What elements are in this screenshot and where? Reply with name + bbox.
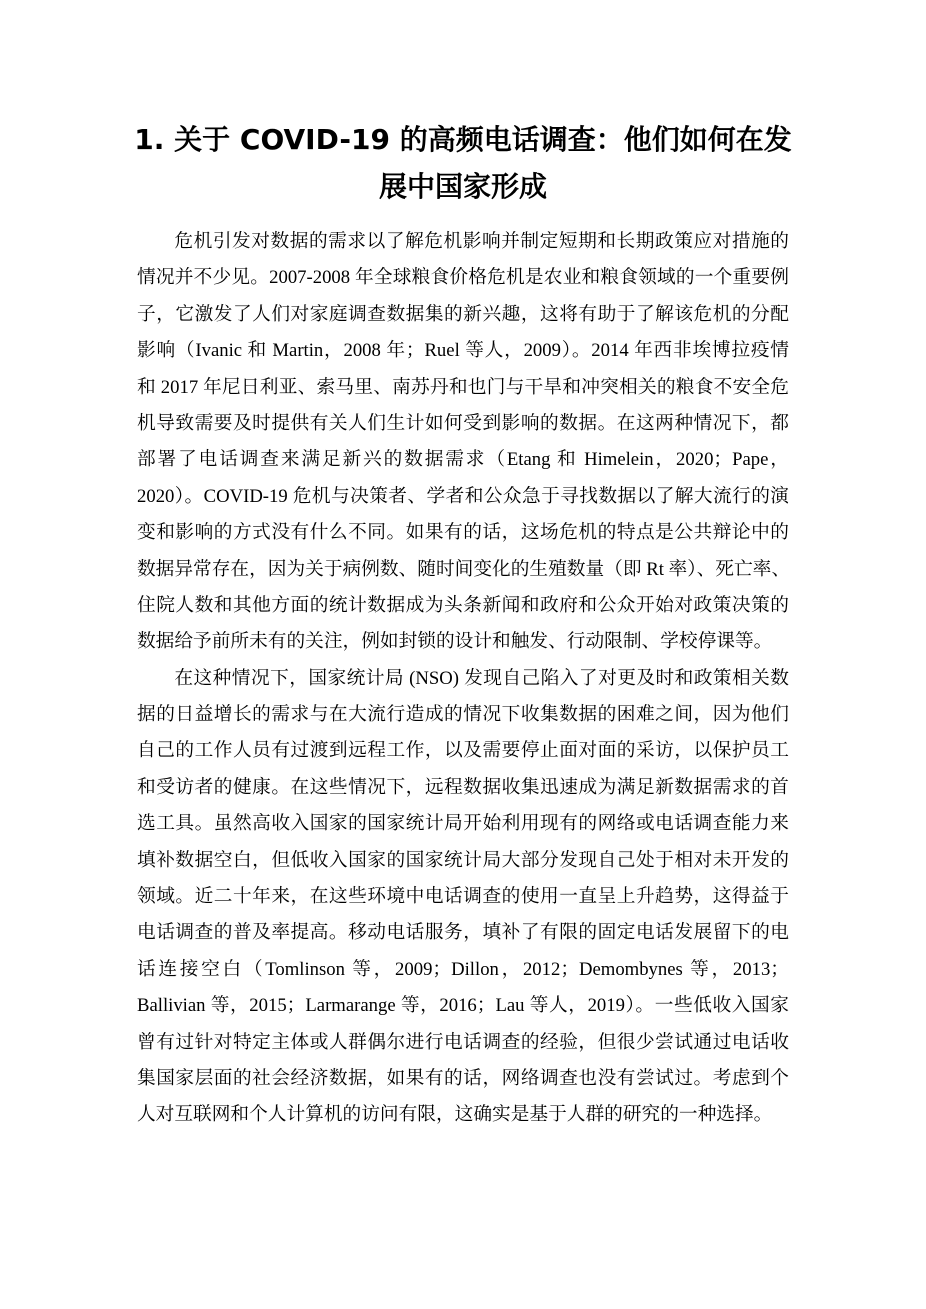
text-line: Ballivian 等，2015；Larmarange 等，2016；Lau 等… bbox=[137, 988, 789, 1024]
text-line: 住院人数和其他方面的统计数据成为头条新闻和政府和公众开始对政策决策的 bbox=[137, 588, 789, 624]
text-line: 自己的工作人员有过渡到远程工作，以及需要停止面对面的采访，以保护员工 bbox=[137, 733, 789, 769]
text-line: 数据给予前所未有的关注，例如封锁的设计和触发、行动限制、学校停课等。 bbox=[137, 624, 789, 660]
text-line: 2020）。COVID-19 危机与决策者、学者和公众急于寻找数据以了解大流行的… bbox=[137, 479, 789, 515]
title-line-1: 1. 关于 COVID-19 的高频电话调查：他们如何在发 bbox=[0, 116, 926, 163]
paragraph: 危机引发对数据的需求以了解危机影响并制定短期和长期政策应对措施的情况并不少见。2… bbox=[137, 224, 789, 661]
text-line: 领域。近二十年来，在这些环境中电话调查的使用一直呈上升趋势，这得益于 bbox=[137, 879, 789, 915]
text-line: 情况并不少见。2007-2008 年全球粮食价格危机是农业和粮食领域的一个重要例 bbox=[137, 260, 789, 296]
text-line: 和 2017 年尼日利亚、索马里、南苏丹和也门与干旱和冲突相关的粮食不安全危 bbox=[137, 370, 789, 406]
text-line: 在这种情况下，国家统计局 (NSO) 发现自己陷入了对更及时和政策相关数 bbox=[137, 661, 789, 697]
text-line: 部署了电话调查来满足新兴的数据需求（Etang 和 Himelein，2020；… bbox=[137, 442, 789, 478]
text-line: 数据异常存在，因为关于病例数、随时间变化的生殖数量（即 Rt 率）、死亡率、 bbox=[137, 552, 789, 588]
title-line-2: 展中国家形成 bbox=[0, 163, 926, 210]
document-body: 危机引发对数据的需求以了解危机影响并制定短期和长期政策应对措施的情况并不少见。2… bbox=[137, 224, 789, 1134]
text-line: 机导致需要及时提供有关人们生计如何受到影响的数据。在这两种情况下，都 bbox=[137, 406, 789, 442]
text-line: 影响（Ivanic 和 Martin，2008 年；Ruel 等人，2009）。… bbox=[137, 333, 789, 369]
text-line: 变和影响的方式没有什么不同。如果有的话，这场危机的特点是公共辩论中的 bbox=[137, 515, 789, 551]
text-line: 和受访者的健康。在这些情况下，远程数据收集迅速成为满足新数据需求的首 bbox=[137, 770, 789, 806]
text-line: 话连接空白（Tomlinson 等，2009；Dillon，2012；Demom… bbox=[137, 952, 789, 988]
paragraph: 在这种情况下，国家统计局 (NSO) 发现自己陷入了对更及时和政策相关数据的日益… bbox=[137, 661, 789, 1134]
text-line: 危机引发对数据的需求以了解危机影响并制定短期和长期政策应对措施的 bbox=[137, 224, 789, 260]
text-line: 填补数据空白，但低收入国家的国家统计局大部分发现自己处于相对未开发的 bbox=[137, 843, 789, 879]
text-line: 据的日益增长的需求与在大流行造成的情况下收集数据的困难之间，因为他们 bbox=[137, 697, 789, 733]
text-line: 电话调查的普及率提高。移动电话服务，填补了有限的固定电话发展留下的电 bbox=[137, 915, 789, 951]
text-line: 子，它激发了人们对家庭调查数据集的新兴趣，这将有助于了解该危机的分配 bbox=[137, 297, 789, 333]
document-title: 1. 关于 COVID-19 的高频电话调查：他们如何在发 展中国家形成 bbox=[0, 116, 926, 210]
text-line: 人对互联网和个人计算机的访问有限，这确实是基于人群的研究的一种选择。 bbox=[137, 1097, 789, 1133]
text-line: 曾有过针对特定主体或人群偶尔进行电话调查的经验，但很少尝试通过电话收 bbox=[137, 1025, 789, 1061]
text-line: 选工具。虽然高收入国家的国家统计局开始利用现有的网络或电话调查能力来 bbox=[137, 806, 789, 842]
text-line: 集国家层面的社会经济数据，如果有的话，网络调查也没有尝试过。考虑到个 bbox=[137, 1061, 789, 1097]
document-page: 1. 关于 COVID-19 的高频电话调查：他们如何在发 展中国家形成 危机引… bbox=[0, 0, 926, 1309]
